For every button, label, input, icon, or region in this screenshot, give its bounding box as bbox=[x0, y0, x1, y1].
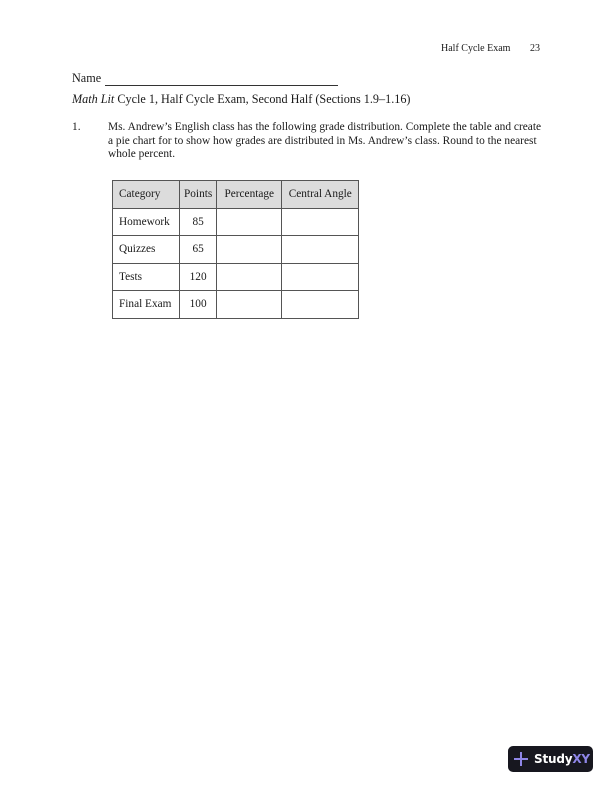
exam-subtitle: Math Lit Cycle 1, Half Cycle Exam, Secon… bbox=[72, 92, 410, 107]
cell-central-angle[interactable] bbox=[282, 208, 359, 236]
cell-category: Quizzes bbox=[113, 236, 180, 264]
cell-category: Tests bbox=[113, 263, 180, 291]
cell-points: 65 bbox=[180, 236, 217, 264]
header-points: Points bbox=[180, 181, 217, 209]
name-row: Name bbox=[72, 71, 338, 86]
brand-name: StudyXY bbox=[534, 752, 590, 766]
cell-points: 120 bbox=[180, 263, 217, 291]
cell-percentage[interactable] bbox=[217, 236, 282, 264]
page-number: 23 bbox=[530, 43, 540, 54]
cell-central-angle[interactable] bbox=[282, 263, 359, 291]
course-name: Math Lit bbox=[72, 92, 114, 106]
plus-icon bbox=[514, 752, 528, 766]
cell-points: 85 bbox=[180, 208, 217, 236]
grade-distribution-table: Category Points Percentage Central Angle… bbox=[112, 180, 359, 319]
brand-accent: XY bbox=[572, 752, 590, 766]
table-row: Homework 85 bbox=[113, 208, 359, 236]
cell-points: 100 bbox=[180, 291, 217, 319]
table-row: Final Exam 100 bbox=[113, 291, 359, 319]
cell-percentage[interactable] bbox=[217, 208, 282, 236]
name-label: Name bbox=[72, 71, 101, 86]
cell-category: Final Exam bbox=[113, 291, 180, 319]
cell-percentage[interactable] bbox=[217, 291, 282, 319]
cell-central-angle[interactable] bbox=[282, 236, 359, 264]
cell-percentage[interactable] bbox=[217, 263, 282, 291]
header-percentage: Percentage bbox=[217, 181, 282, 209]
header-category: Category bbox=[113, 181, 180, 209]
subtitle-rest: Cycle 1, Half Cycle Exam, Second Half (S… bbox=[114, 92, 410, 106]
question-number: 1. bbox=[72, 121, 81, 133]
studyxy-watermark[interactable]: StudyXY bbox=[508, 746, 593, 772]
question-text: Ms. Andrew’s English class has the follo… bbox=[108, 121, 546, 162]
brand-main: Study bbox=[534, 752, 572, 766]
cell-central-angle[interactable] bbox=[282, 291, 359, 319]
table-row: Tests 120 bbox=[113, 263, 359, 291]
table-row: Quizzes 65 bbox=[113, 236, 359, 264]
table-header-row: Category Points Percentage Central Angle bbox=[113, 181, 359, 209]
cell-category: Homework bbox=[113, 208, 180, 236]
header-central-angle: Central Angle bbox=[282, 181, 359, 209]
name-field[interactable] bbox=[105, 73, 338, 86]
running-header-title: Half Cycle Exam bbox=[441, 43, 510, 54]
